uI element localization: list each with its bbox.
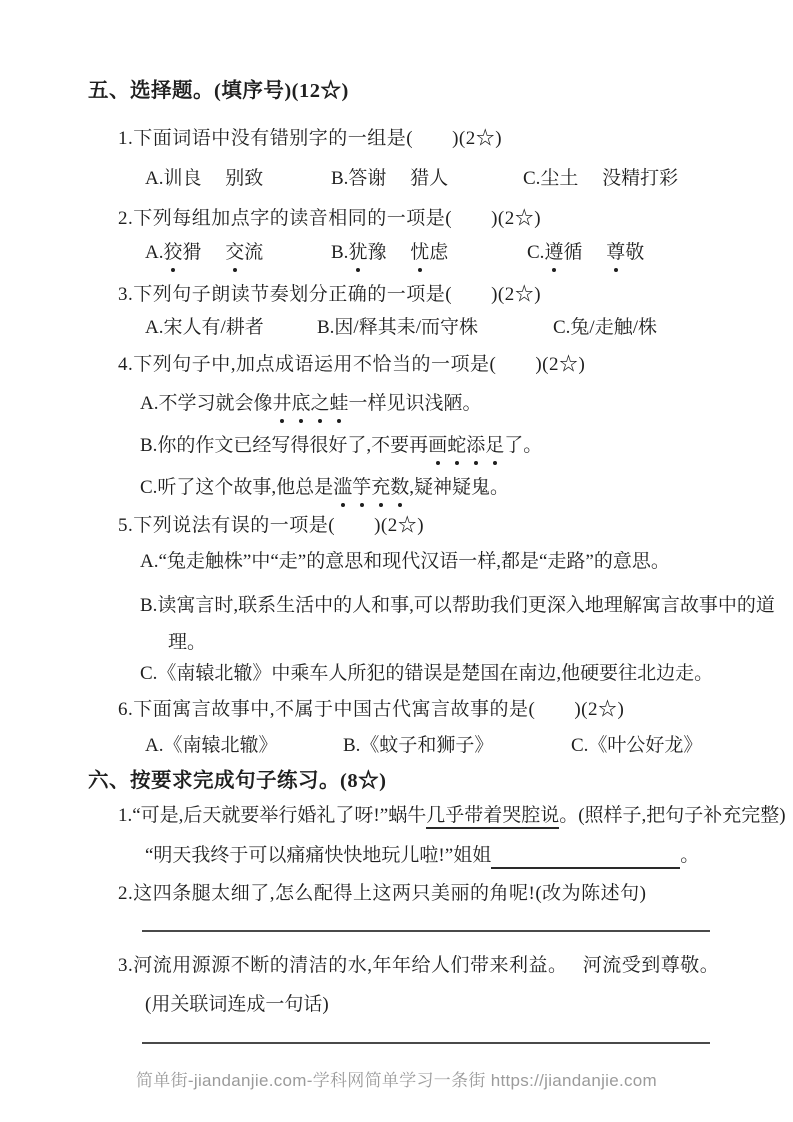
q3-option-c: C.兔/走触/株	[553, 315, 657, 341]
q5-option-b: B.读寓言时,联系生活中的人和事,可以帮助我们更深入地理解寓言故事中的道理。	[140, 587, 790, 661]
watermark-footer: 简单街-jiandanjie.com-学科网简单学习一条街 https://ji…	[136, 1066, 657, 1091]
q6-option-a: A.《南辕北辙》	[145, 733, 343, 759]
q6-options: A.《南辕北辙》 B.《蚊子和狮子》 C.《叶公好龙》	[145, 733, 702, 759]
q3-option-a: A.宋人有/耕者	[145, 315, 317, 341]
q2-option-a: A.狡猾 交流	[145, 240, 331, 266]
q1-stem: 1.下面词语中没有错别字的一组是( )(2☆)	[118, 126, 502, 152]
q3-options: A.宋人有/耕者 B.因/释其耒/而守株 C.兔/走触/株	[145, 315, 657, 341]
q2-option-b: B.犹豫 忧虑	[331, 240, 527, 266]
q1-option-c: C.尘土 没精打彩	[523, 166, 678, 192]
section6-heading: 六、按要求完成句子练习。(8☆)	[88, 768, 386, 794]
q1-option-b: B.答谢 猎人	[331, 166, 523, 192]
s6-q1-fill-in-line: “明天我终于可以痛痛快快地玩儿啦!”姐姐。	[145, 843, 699, 869]
s6-q3-answer-line	[142, 1042, 710, 1044]
s6-q2-answer-line	[142, 930, 710, 932]
s6-q1-sentence: 1.“可是,后天就要举行婚礼了呀!”蜗牛几乎带着哭腔说。(照样子,把句子补充完整…	[118, 803, 786, 829]
q6-option-c: C.《叶公好龙》	[571, 733, 702, 759]
q2-option-c: C.遵循 尊敬	[527, 240, 644, 266]
q4-option-c: C.听了这个故事,他总是滥竽充数,疑神疑鬼。	[140, 475, 509, 501]
s6-q3-note: (用关联词连成一句话)	[145, 992, 329, 1018]
q2-options: A.狡猾 交流 B.犹豫 忧虑 C.遵循 尊敬	[145, 240, 644, 266]
q4-stem: 4.下列句子中,加点成语运用不恰当的一项是( )(2☆)	[118, 352, 585, 378]
s6-q2-stem: 2.这四条腿太细了,怎么配得上这两只美丽的角呢!(改为陈述句)	[118, 881, 646, 907]
q5-stem: 5.下列说法有误的一项是( )(2☆)	[118, 513, 424, 539]
q2-stem: 2.下列每组加点字的读音相同的一项是( )(2☆)	[118, 206, 541, 232]
q6-stem: 6.下面寓言故事中,不属于中国古代寓言故事的是( )(2☆)	[118, 697, 624, 723]
q1-options: A.训良 别致 B.答谢 猎人 C.尘土 没精打彩	[145, 166, 678, 192]
q4-option-b: B.你的作文已经写得很好了,不要再画蛇添足了。	[140, 433, 542, 459]
q6-option-b: B.《蚊子和狮子》	[343, 733, 571, 759]
q5-option-c: C.《南辕北辙》中乘车人所犯的错误是楚国在南边,他硬要往北边走。	[140, 661, 713, 687]
q1-option-a: A.训良 别致	[145, 166, 331, 192]
s6-q3-stem: 3.河流用源源不断的清洁的水,年年给人们带来利益。 河流受到尊敬。	[118, 953, 719, 979]
exam-worksheet-page: 五、选择题。(填序号)(12☆) 1.下面词语中没有错别字的一组是( )(2☆)…	[0, 0, 793, 1122]
section5-heading: 五、选择题。(填序号)(12☆)	[88, 78, 349, 104]
q3-option-b: B.因/释其耒/而守株	[317, 315, 553, 341]
q4-option-a: A.不学习就会像井底之蛙一样见识浅陋。	[140, 391, 482, 417]
q3-stem: 3.下列句子朗读节奏划分正确的一项是( )(2☆)	[118, 282, 541, 308]
q5-option-a: A.“兔走触株”中“走”的意思和现代汉语一样,都是“走路”的意思。	[140, 549, 670, 575]
